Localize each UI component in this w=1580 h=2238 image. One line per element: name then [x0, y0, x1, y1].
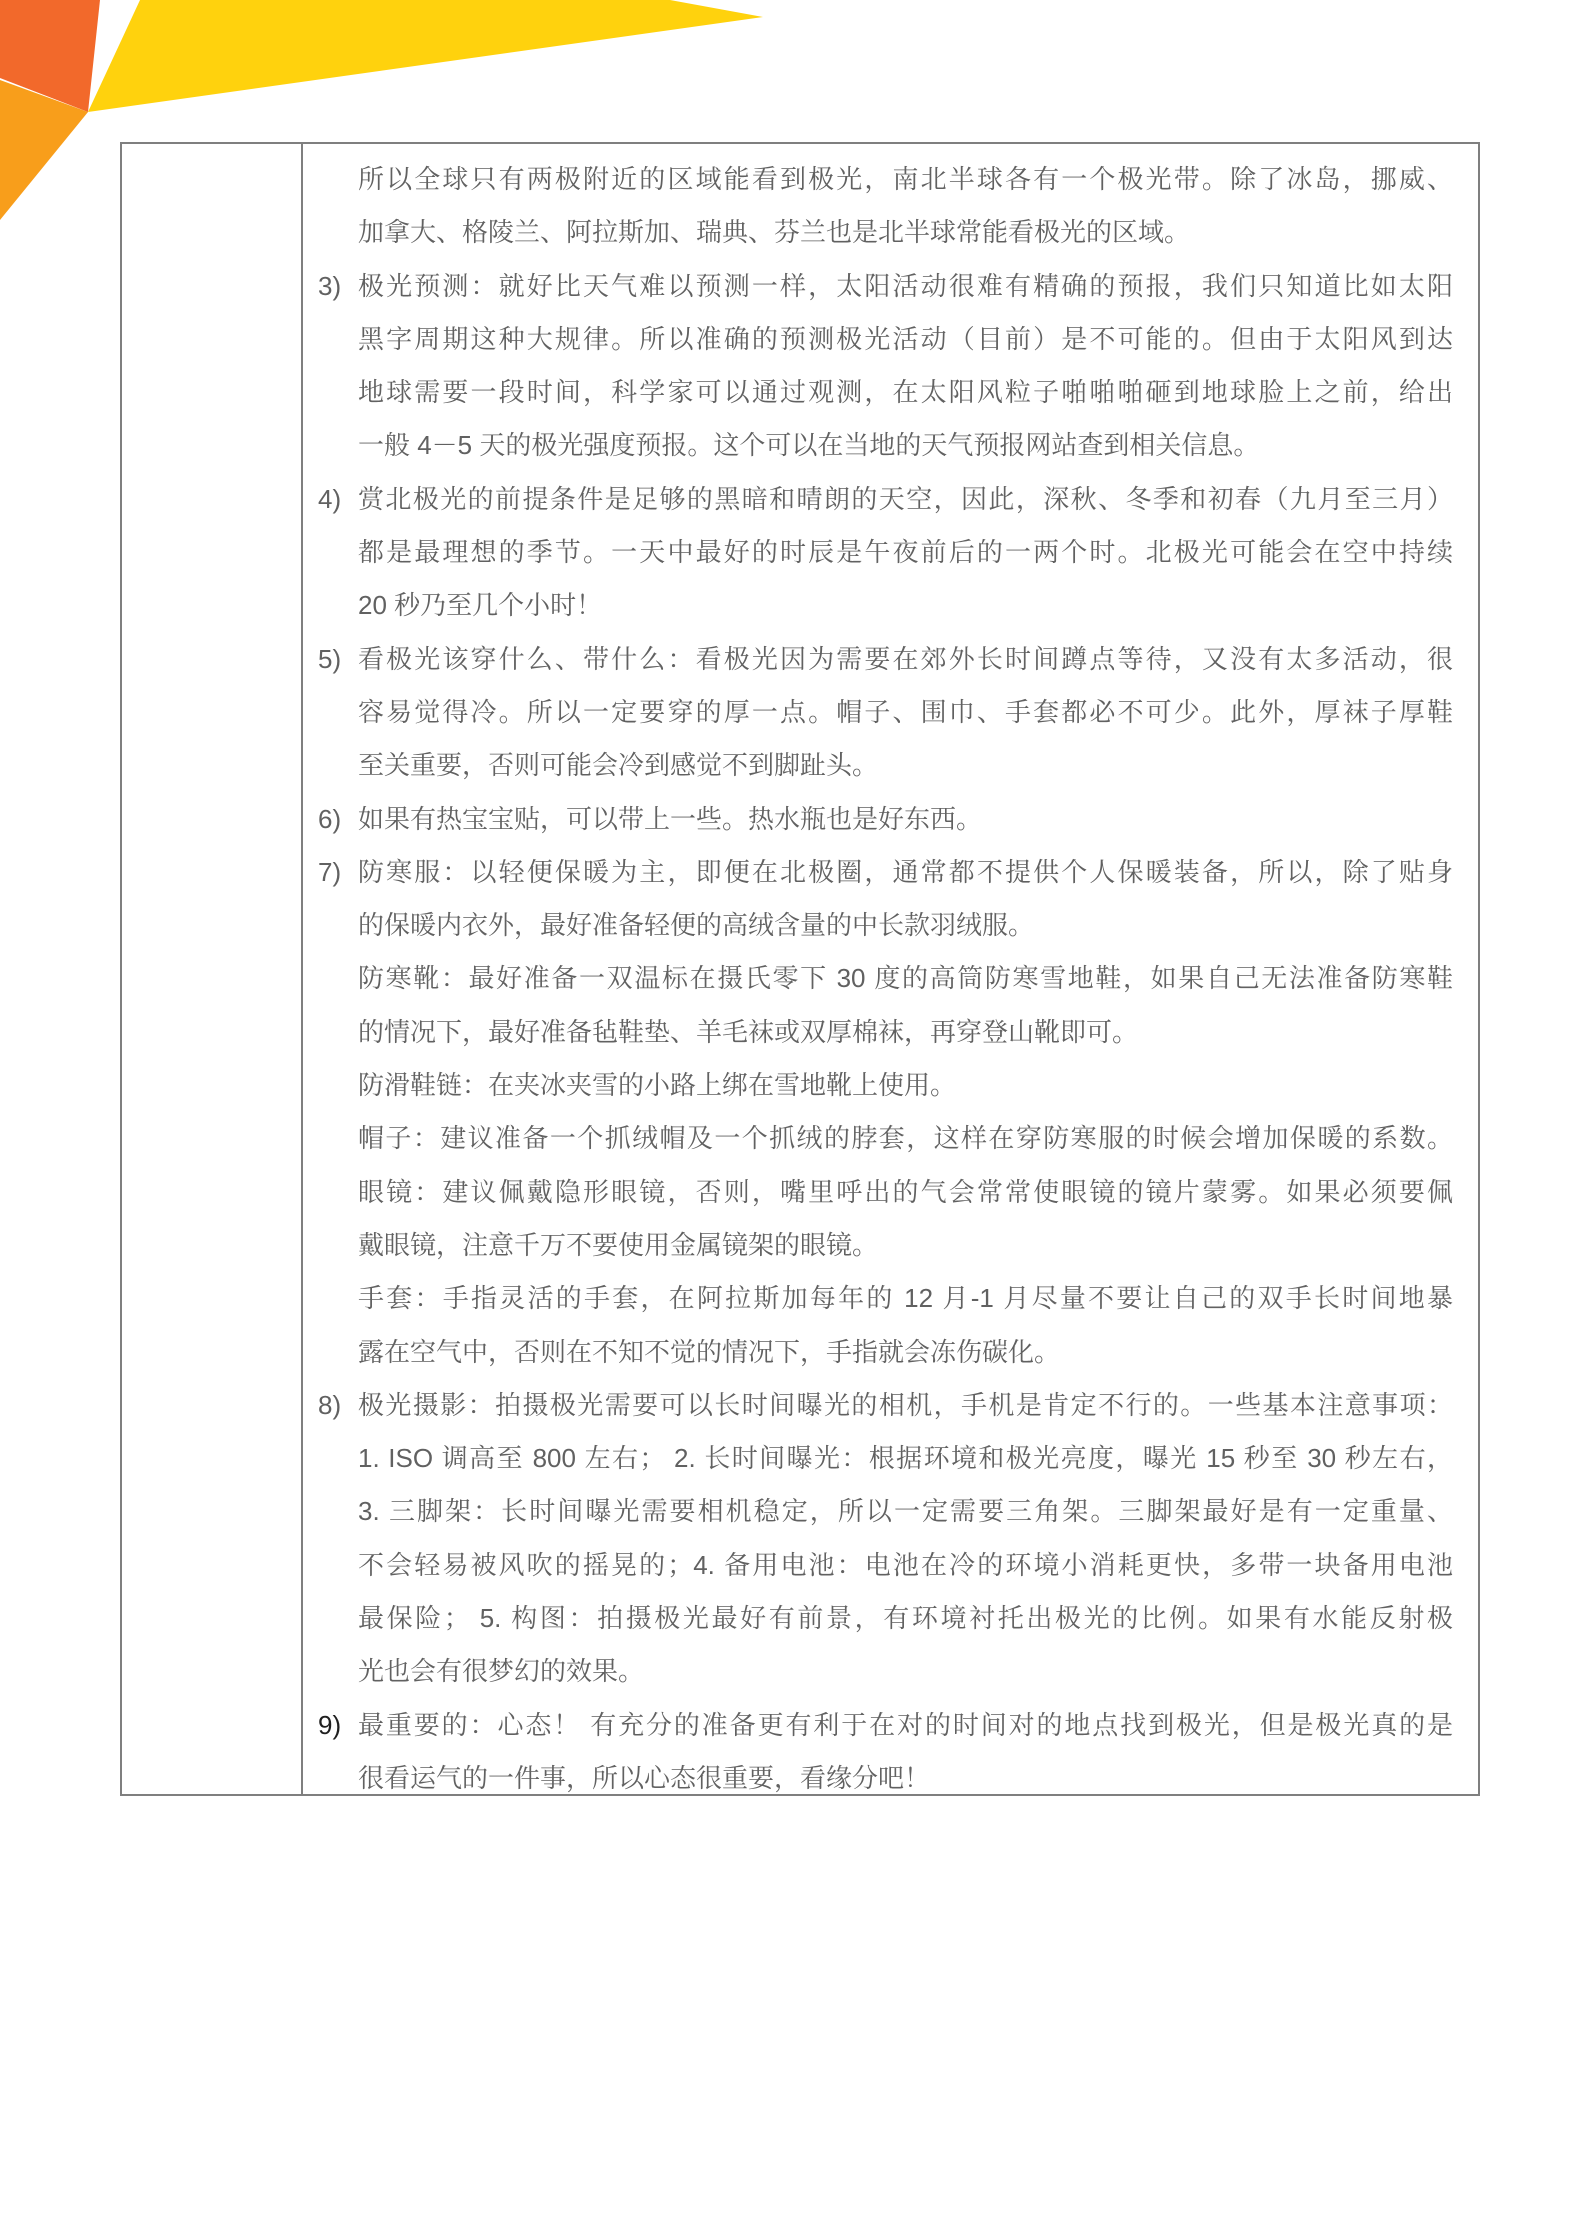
list-item-text: 容易觉得冷。所以一定要穿的厚一点。帽子、围巾、手套都必不可少。此外，厚袜子厚鞋	[358, 686, 1453, 739]
text-line: 不会轻易被风吹的摇晃的；4. 备用电池：电池在冷的环境小消耗更快，多带一块备用电…	[303, 1539, 1478, 1592]
text-line: 手套：手指灵活的手套，在阿拉斯加每年的 12 月-1 月尽量不要让自己的双手长时…	[303, 1272, 1478, 1325]
list-item-text: 最重要的：心态！ 有充分的准备更有利于在对的时间对的地点找到极光，但是极光真的是	[358, 1699, 1453, 1752]
aurora-guide-list: 所以全球只有两极附近的区域能看到极光，南北半球各有一个极光带。除了冰岛，挪威、 …	[303, 144, 1478, 1794]
text-line: 1. ISO 调高至 800 左右； 2. 长时间曝光：根据环境和极光亮度，曝光…	[303, 1432, 1478, 1485]
text-line: 的保暖内衣外，最好准备轻便的高绒含量的中长款羽绒服。	[303, 899, 1478, 952]
text-line: 地球需要一段时间，科学家可以通过观测，在太阳风粒子啪啪啪砸到地球脸上之前，给出	[303, 366, 1478, 419]
text-line: 7) 防寒服：以轻便保暖为主，即便在北极圈，通常都不提供个人保暖装备，所以，除了…	[303, 846, 1478, 899]
list-item-number: 6)	[318, 793, 341, 846]
list-item-text: 都是最理想的季节。一天中最好的时辰是午夜前后的一两个时。北极光可能会在空中持续	[358, 526, 1453, 579]
list-item-text: 1. ISO 调高至 800 左右； 2. 长时间曝光：根据环境和极光亮度，曝光…	[358, 1432, 1453, 1485]
list-item-text: 帽子：建议准备一个抓绒帽及一个抓绒的脖套，这样在穿防寒服的时候会增加保暖的系数。	[358, 1112, 1453, 1165]
list-item-text: 防滑鞋链：在夹冰夹雪的小路上绑在雪地靴上使用。	[358, 1059, 1453, 1112]
text-line: 都是最理想的季节。一天中最好的时辰是午夜前后的一两个时。北极光可能会在空中持续	[303, 526, 1478, 579]
list-item-text: 眼镜：建议佩戴隐形眼镜，否则，嘴里呼出的气会常常使眼镜的镜片蒙雾。如果必须要佩	[358, 1166, 1453, 1219]
decor-triangle-yellow-icon	[88, 0, 763, 112]
list-item-text: 极光预测：就好比天气难以预测一样，太阳活动很难有精确的预报，我们只知道比如太阳	[358, 260, 1453, 313]
document-page: { "colors": { "page_bg": "#ffffff", "tex…	[0, 0, 1580, 2238]
text-line: 很看运气的一件事，所以心态很重要，看缘分吧！	[303, 1752, 1478, 1794]
list-item-text: 手套：手指灵活的手套，在阿拉斯加每年的 12 月-1 月尽量不要让自己的双手长时…	[358, 1272, 1453, 1325]
list-item-number: 9)	[318, 1699, 341, 1752]
list-item-text: 极光摄影：拍摄极光需要可以长时间曝光的相机，手机是肯定不行的。一些基本注意事项：	[358, 1379, 1453, 1432]
list-item-text: 戴眼镜，注意千万不要使用金属镜架的眼镜。	[358, 1219, 1453, 1272]
list-item-number: 8)	[318, 1379, 341, 1432]
text-line: 防寒靴：最好准备一双温标在摄氏零下 30 度的高筒防寒雪地鞋，如果自己无法准备防…	[303, 952, 1478, 1005]
text-line: 眼镜：建议佩戴隐形眼镜，否则，嘴里呼出的气会常常使眼镜的镜片蒙雾。如果必须要佩	[303, 1166, 1478, 1219]
text-line: 5) 看极光该穿什么、带什么：看极光因为需要在郊外长时间蹲点等待，又没有太多活动…	[303, 633, 1478, 686]
list-item-text: 加拿大、格陵兰、阿拉斯加、瑞典、芬兰也是北半球常能看极光的区域。	[358, 206, 1453, 259]
list-item-text: 光也会有很梦幻的效果。	[358, 1645, 1453, 1698]
left-column-cell	[122, 144, 303, 1794]
list-item-text: 露在空气中，否则在不知不觉的情况下，手指就会冻伤碳化。	[358, 1326, 1453, 1379]
text-line: 黑字周期这种大规律。所以准确的预测极光活动（目前）是不可能的。但由于太阳风到达	[303, 313, 1478, 366]
list-item-number: 3)	[318, 260, 341, 313]
list-item-text: 20 秒乃至几个小时！	[358, 579, 1453, 632]
list-item-number: 7)	[318, 846, 341, 899]
list-item-text: 防寒靴：最好准备一双温标在摄氏零下 30 度的高筒防寒雪地鞋，如果自己无法准备防…	[358, 952, 1453, 1005]
text-line: 20 秒乃至几个小时！	[303, 579, 1478, 632]
text-line: 6) 如果有热宝宝贴，可以带上一些。热水瓶也是好东西。	[303, 793, 1478, 846]
text-line: 9) 最重要的：心态！ 有充分的准备更有利于在对的时间对的地点找到极光，但是极光…	[303, 1699, 1478, 1752]
list-item-text: 的保暖内衣外，最好准备轻便的高绒含量的中长款羽绒服。	[358, 899, 1453, 952]
list-item-text: 所以全球只有两极附近的区域能看到极光，南北半球各有一个极光带。除了冰岛，挪威、	[358, 153, 1453, 206]
list-item-text: 黑字周期这种大规律。所以准确的预测极光活动（目前）是不可能的。但由于太阳风到达	[358, 313, 1453, 366]
list-item-number: 4)	[318, 473, 341, 526]
text-line: 露在空气中，否则在不知不觉的情况下，手指就会冻伤碳化。	[303, 1326, 1478, 1379]
text-line: 帽子：建议准备一个抓绒帽及一个抓绒的脖套，这样在穿防寒服的时候会增加保暖的系数。	[303, 1112, 1478, 1165]
list-item-text: 3. 三脚架：长时间曝光需要相机稳定，所以一定需要三角架。三脚架最好是有一定重量…	[358, 1485, 1453, 1538]
list-item-text: 一般 4－5 天的极光强度预报。这个可以在当地的天气预报网站查到相关信息。	[358, 419, 1453, 472]
list-item-text: 至关重要，否则可能会冷到感觉不到脚趾头。	[358, 739, 1453, 792]
text-line: 一般 4－5 天的极光强度预报。这个可以在当地的天气预报网站查到相关信息。	[303, 419, 1478, 472]
list-item-text: 赏北极光的前提条件是足够的黑暗和晴朗的天空，因此，深秋、冬季和初春（九月至三月）	[358, 473, 1453, 526]
list-item-text: 的情况下，最好准备毡鞋垫、羊毛袜或双厚棉袜，再穿登山靴即可。	[358, 1006, 1453, 1059]
text-line: 4) 赏北极光的前提条件是足够的黑暗和晴朗的天空，因此，深秋、冬季和初春（九月至…	[303, 473, 1478, 526]
list-item-text: 防寒服：以轻便保暖为主，即便在北极圈，通常都不提供个人保暖装备，所以，除了贴身	[358, 846, 1453, 899]
text-line: 防滑鞋链：在夹冰夹雪的小路上绑在雪地靴上使用。	[303, 1059, 1478, 1112]
list-item-text: 不会轻易被风吹的摇晃的；4. 备用电池：电池在冷的环境小消耗更快，多带一块备用电…	[358, 1539, 1453, 1592]
list-item-text: 地球需要一段时间，科学家可以通过观测，在太阳风粒子啪啪啪砸到地球脸上之前，给出	[358, 366, 1453, 419]
text-line: 戴眼镜，注意千万不要使用金属镜架的眼镜。	[303, 1219, 1478, 1272]
aurora-tips-table: 所以全球只有两极附近的区域能看到极光，南北半球各有一个极光带。除了冰岛，挪威、 …	[120, 142, 1480, 1796]
text-line: 所以全球只有两极附近的区域能看到极光，南北半球各有一个极光带。除了冰岛，挪威、	[303, 153, 1478, 206]
list-item-text: 看极光该穿什么、带什么：看极光因为需要在郊外长时间蹲点等待，又没有太多活动，很	[358, 633, 1453, 686]
text-line: 光也会有很梦幻的效果。	[303, 1645, 1478, 1698]
decor-triangle-orange-icon	[0, 80, 88, 220]
text-line: 3) 极光预测：就好比天气难以预测一样，太阳活动很难有精确的预报，我们只知道比如…	[303, 260, 1478, 313]
text-line: 的情况下，最好准备毡鞋垫、羊毛袜或双厚棉袜，再穿登山靴即可。	[303, 1006, 1478, 1059]
text-line: 至关重要，否则可能会冷到感觉不到脚趾头。	[303, 739, 1478, 792]
list-item-text: 很看运气的一件事，所以心态很重要，看缘分吧！	[358, 1752, 1453, 1794]
text-line: 加拿大、格陵兰、阿拉斯加、瑞典、芬兰也是北半球常能看极光的区域。	[303, 206, 1478, 259]
text-line: 8) 极光摄影：拍摄极光需要可以长时间曝光的相机，手机是肯定不行的。一些基本注意…	[303, 1379, 1478, 1432]
text-line: 容易觉得冷。所以一定要穿的厚一点。帽子、围巾、手套都必不可少。此外，厚袜子厚鞋	[303, 686, 1478, 739]
list-item-text: 如果有热宝宝贴，可以带上一些。热水瓶也是好东西。	[358, 793, 1453, 846]
text-line: 3. 三脚架：长时间曝光需要相机稳定，所以一定需要三角架。三脚架最好是有一定重量…	[303, 1485, 1478, 1538]
list-item-text: 最保险； 5. 构图：拍摄极光最好有前景，有环境衬托出极光的比例。如果有水能反射…	[358, 1592, 1453, 1645]
text-line: 最保险； 5. 构图：拍摄极光最好有前景，有环境衬托出极光的比例。如果有水能反射…	[303, 1592, 1478, 1645]
decor-triangle-dark-orange-icon	[0, 0, 100, 112]
list-item-number: 5)	[318, 633, 341, 686]
